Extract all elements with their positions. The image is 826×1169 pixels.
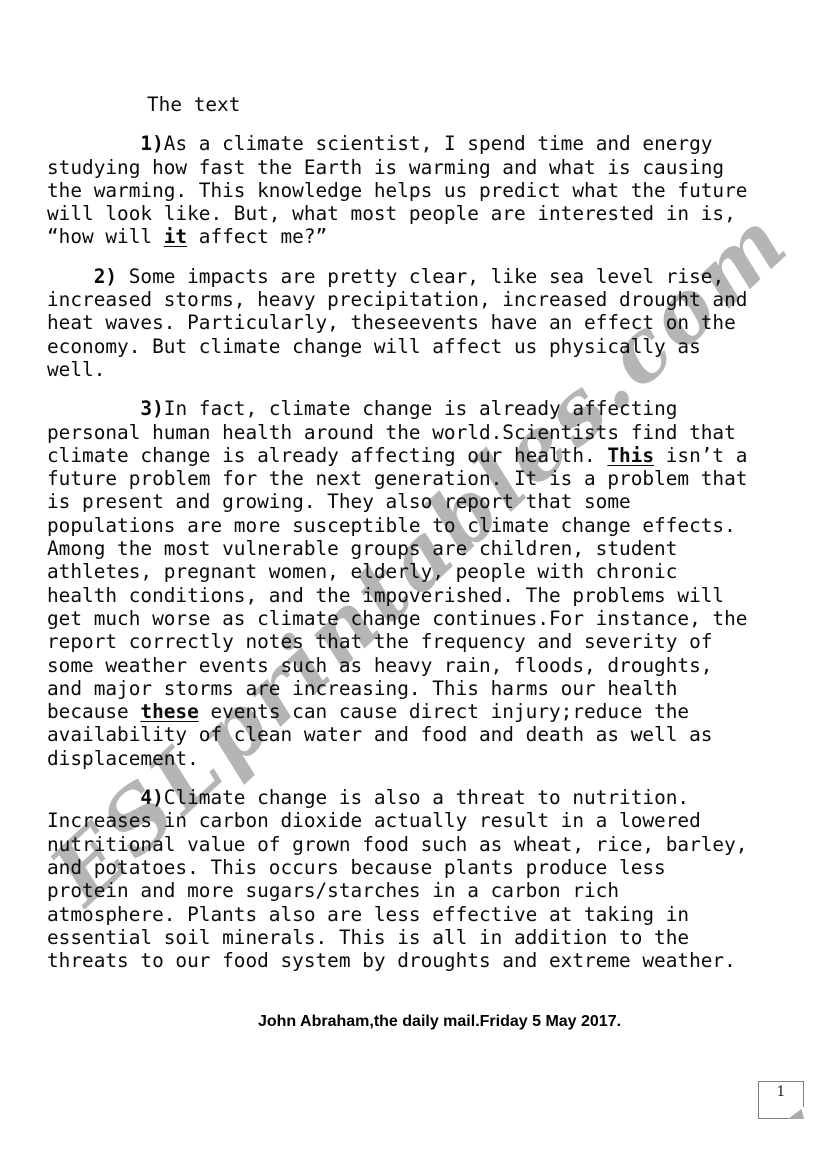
body-text: Some impacts are pretty clear, like sea …: [47, 265, 747, 381]
body-text: Climate change is also a threat to nutri…: [47, 786, 747, 972]
emphasis-text: 4): [140, 786, 163, 809]
attribution-line: John Abraham,the daily mail.Friday 5 May…: [47, 1012, 787, 1032]
document-title: The text: [47, 93, 787, 116]
emphasis-text: it: [164, 225, 187, 248]
body-text: [47, 786, 140, 809]
paragraph: 4)Climate change is also a threat to nut…: [47, 786, 787, 972]
emphasis-text: 3): [140, 397, 163, 420]
body-text: [47, 132, 140, 155]
emphasis-text: 2): [94, 265, 117, 288]
emphasis-text: 1): [140, 132, 163, 155]
body-text: affect me?”: [187, 225, 327, 248]
page-number-icon: 1: [758, 1081, 804, 1119]
document-page: ESLprintables.com The text 1)As a climat…: [0, 0, 826, 1169]
body-text: [47, 397, 140, 420]
page-number: 1: [759, 1082, 803, 1100]
text-body: The text 1)As a climate scientist, I spe…: [47, 93, 787, 1032]
body-text: isn’t a future problem for the next gene…: [47, 444, 747, 723]
paragraph: 2) Some impacts are pretty clear, like s…: [47, 265, 787, 381]
paragraph: 1)As a climate scientist, I spend time a…: [47, 132, 787, 248]
folded-corner-edge: [801, 1107, 804, 1119]
paragraph: 3)In fact, climate change is already aff…: [47, 397, 787, 770]
paragraph-list: 1)As a climate scientist, I spend time a…: [47, 132, 787, 972]
emphasis-text: these: [140, 700, 198, 723]
body-text: [47, 265, 94, 288]
emphasis-text: This: [607, 444, 654, 467]
